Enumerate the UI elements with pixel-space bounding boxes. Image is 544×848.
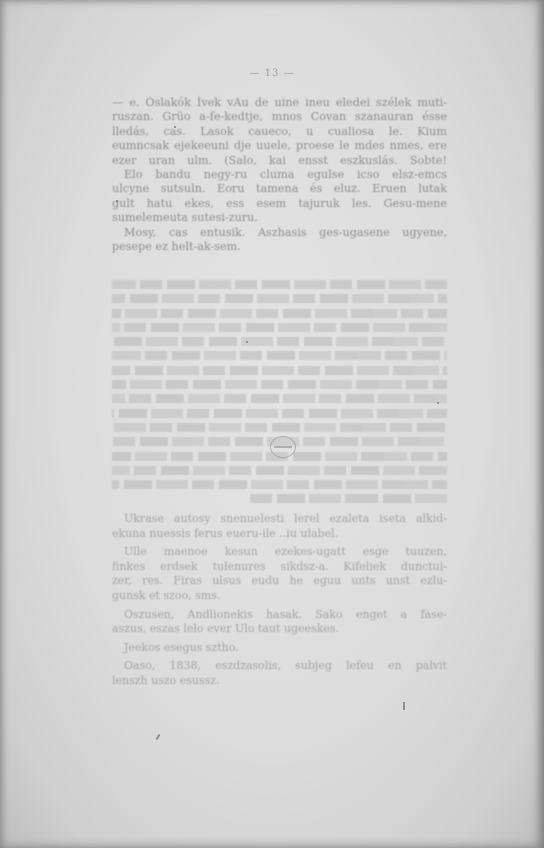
bleed-through-line xyxy=(112,323,447,332)
text-line: Mosy, cas entusik. Aszhasis ges-ugasene … xyxy=(112,226,447,240)
page-number: — 13 — xyxy=(0,68,544,79)
text-line: zer, res. Firas ulsus eudu he eguu unts … xyxy=(112,574,447,589)
text-line: lenszh uszo esussz. xyxy=(112,674,447,689)
text-line: sumelemeuta sutesi-zuru. xyxy=(112,211,447,225)
text-line: Ulle maenoe kesun ezekes-ugatt esge tuuz… xyxy=(112,545,447,560)
paper-speck xyxy=(116,200,118,202)
text-line: gult hatu ekes, ess esem tajuruk les. Ge… xyxy=(112,197,447,211)
bottom-text-block: Ukrase autosy snenuelesti lerel ezaleta … xyxy=(112,512,447,689)
text-line: ulcyne sutsuln. Eoru tamena és eluz. Eru… xyxy=(112,182,447,196)
text-line: pesepe ez helt-ak-sem. xyxy=(112,240,447,254)
bleed-through-line xyxy=(112,366,447,375)
text-line: aszus, eszas lelo ever Ulo taut ugeeskes… xyxy=(112,622,447,637)
bleed-through-text xyxy=(112,280,447,509)
bleed-through-line xyxy=(112,351,447,360)
paragraph: Ukrase autosy snenuelesti lerel ezaleta … xyxy=(112,512,447,541)
text-line: Oaso, 1838, eszdzasolis, subjeg lefeu en… xyxy=(112,659,447,674)
paper-mark xyxy=(403,702,405,710)
text-line: Jeekos esegus sztho. xyxy=(112,641,447,656)
paper-speck xyxy=(246,341,248,343)
bleed-through-line xyxy=(112,466,447,475)
scanned-book-page: — 13 — — e. Óslakók Ívek vAu de uine ine… xyxy=(0,0,544,848)
bleed-through-line xyxy=(112,337,447,346)
bleed-through-line xyxy=(112,423,447,432)
text-line: Ukrase autosy snenuelesti lerel ezaleta … xyxy=(112,512,447,527)
text-line: ekuna nuessis ferus eueru-ile ..iu ulabe… xyxy=(112,527,447,542)
text-line: ruszan. Grüo a-fe-kedtje, mnos Covan sza… xyxy=(112,110,447,124)
bleed-through-line xyxy=(112,309,447,318)
library-stamp-icon xyxy=(270,436,296,458)
text-line: ezer uran ulm. (Salo, kai ensst eszkuslá… xyxy=(112,154,447,168)
paragraph: — e. Óslakók Ívek vAu de uine ineu elede… xyxy=(112,96,447,168)
text-line: lledás, cas. Lasok caueco, u cualiosa le… xyxy=(112,125,447,139)
bleed-through-line xyxy=(112,280,447,289)
paragraph: Oaso, 1838, eszdzasolis, subjeg lefeu en… xyxy=(112,659,447,688)
bleed-through-line xyxy=(112,394,447,403)
bleed-through-line xyxy=(112,380,447,389)
paragraph: Ulle maenoe kesun ezekes-ugatt esge tuuz… xyxy=(112,545,447,603)
paper-mark xyxy=(156,734,161,740)
bleed-through-line xyxy=(246,494,447,503)
text-line: Elo bandu negy-ru cluma egulse icso elsz… xyxy=(112,168,447,182)
text-line: — e. Óslakók Ívek vAu de uine ineu elede… xyxy=(112,96,447,110)
paragraph: Oszusen, Andlionekis hasak. Sako enget a… xyxy=(112,608,447,637)
paper-speck xyxy=(174,126,176,128)
bleed-through-line xyxy=(112,480,447,489)
top-text-block: — e. Óslakók Ívek vAu de uine ineu elede… xyxy=(112,96,447,254)
paper-speck xyxy=(437,402,439,404)
paragraph: Mosy, cas entusik. Aszhasis ges-ugasene … xyxy=(112,226,447,255)
text-line: eumncsak ejekeeuni dje uuele, proese le … xyxy=(112,139,447,153)
paragraph: Jeekos esegus sztho. xyxy=(112,641,447,656)
bleed-through-line xyxy=(112,294,447,303)
text-line: finkes erdsek tulenures sikdsz-a. Kifeli… xyxy=(112,560,447,575)
text-line: gunsk et szoo, sms. xyxy=(112,589,447,604)
text-line: Oszusen, Andlionekis hasak. Sako enget a… xyxy=(112,608,447,623)
paragraph: Elo bandu negy-ru cluma egulse icso elsz… xyxy=(112,168,447,226)
bleed-through-line xyxy=(112,409,447,418)
